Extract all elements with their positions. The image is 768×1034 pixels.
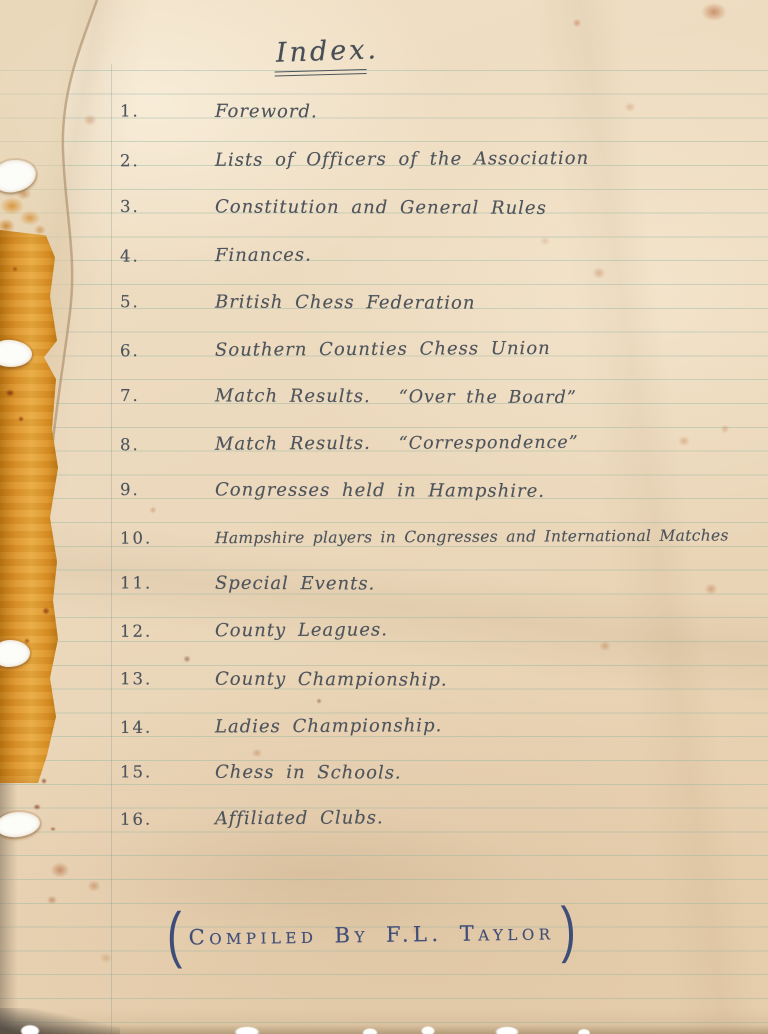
entry-number: 1. <box>120 102 215 121</box>
index-entry: 4. Finances. <box>120 244 340 266</box>
entry-number: 15. <box>120 762 215 781</box>
compiled-by-line: ( Compiled By F.L. Taylor ) <box>164 899 580 967</box>
index-entry: 10. Hampshire players in Congresses and … <box>120 525 757 547</box>
entry-number: 10. <box>120 528 215 547</box>
entry-title: Hampshire players in Congresses and Inte… <box>215 526 729 547</box>
index-entry: 7. Match Results. “Over the Board” <box>120 385 577 408</box>
index-entry: 16. Affiliated Clubs. <box>120 807 412 830</box>
index-entry: 15. Chess in Schools. <box>120 761 430 783</box>
entry-title: Match Results. <box>215 385 371 407</box>
entry-note: “Over the Board” <box>399 387 577 408</box>
index-page-content: Index. 1. Foreword. 2. Lists of Officers… <box>0 0 768 1034</box>
index-entry: 12. County Leagues. <box>120 619 416 642</box>
scanned-notebook-page: { "page": { "title": "Index.", "footer":… <box>0 0 768 1034</box>
entry-number: 7. <box>120 386 215 405</box>
entry-title: County Championship. <box>215 669 448 691</box>
compiled-by-text: Compiled By F.L. Taylor <box>188 916 554 949</box>
title-underline <box>275 69 367 76</box>
index-entry: 11. Special Events. <box>120 572 403 594</box>
entry-title: County Leagues. <box>215 619 388 641</box>
entry-number: 8. <box>120 435 215 454</box>
entry-note: “Correspondence” <box>399 433 579 454</box>
index-entry: 9. Congresses held in Hampshire. <box>120 479 573 502</box>
open-paren: ( <box>166 905 182 967</box>
entry-title: Match Results. <box>215 433 371 455</box>
entry-number: 5. <box>120 292 215 311</box>
entry-title: Ladies Championship. <box>215 715 442 737</box>
entry-title: Congresses held in Hampshire. <box>215 479 545 501</box>
entry-title: British Chess Federation <box>215 292 476 314</box>
index-entry: 2. Lists of Officers of the Association <box>120 148 617 172</box>
index-entry: 1. Foreword. <box>120 101 346 123</box>
page-title: Index. <box>275 34 379 69</box>
entry-title: Southern Counties Chess Union <box>215 338 551 361</box>
entry-number: 16. <box>120 809 215 828</box>
entry-number: 6. <box>120 341 215 360</box>
entry-number: 3. <box>120 197 215 216</box>
entry-title: Special Events. <box>215 573 375 595</box>
close-paren: ) <box>561 899 577 961</box>
entry-title: Finances. <box>215 245 312 267</box>
entry-title: Foreword. <box>215 101 318 122</box>
entry-title: Chess in Schools. <box>215 762 402 784</box>
index-entry: 6. Southern Counties Chess Union <box>120 338 579 361</box>
index-entry: 5. British Chess Federation <box>120 291 504 314</box>
entry-number: 11. <box>120 573 215 592</box>
entry-title: Constitution and General Rules <box>215 196 547 218</box>
page-title-block: Index. <box>275 34 379 77</box>
index-entry: 8. Match Results. “Correspondence” <box>120 432 579 455</box>
index-entry: 13. County Championship. <box>120 668 476 691</box>
entry-number: 2. <box>120 151 215 170</box>
entry-title: Affiliated Clubs. <box>215 807 384 829</box>
entry-number: 9. <box>120 480 215 499</box>
index-entry: 14. Ladies Championship. <box>120 715 470 738</box>
entry-number: 12. <box>120 621 215 640</box>
entry-number: 13. <box>120 669 215 688</box>
entry-number: 14. <box>120 717 215 736</box>
entry-number: 4. <box>120 246 215 265</box>
index-entry: 3. Constitution and General Rules <box>120 196 575 219</box>
entry-title: Lists of Officers of the Association <box>215 148 589 171</box>
